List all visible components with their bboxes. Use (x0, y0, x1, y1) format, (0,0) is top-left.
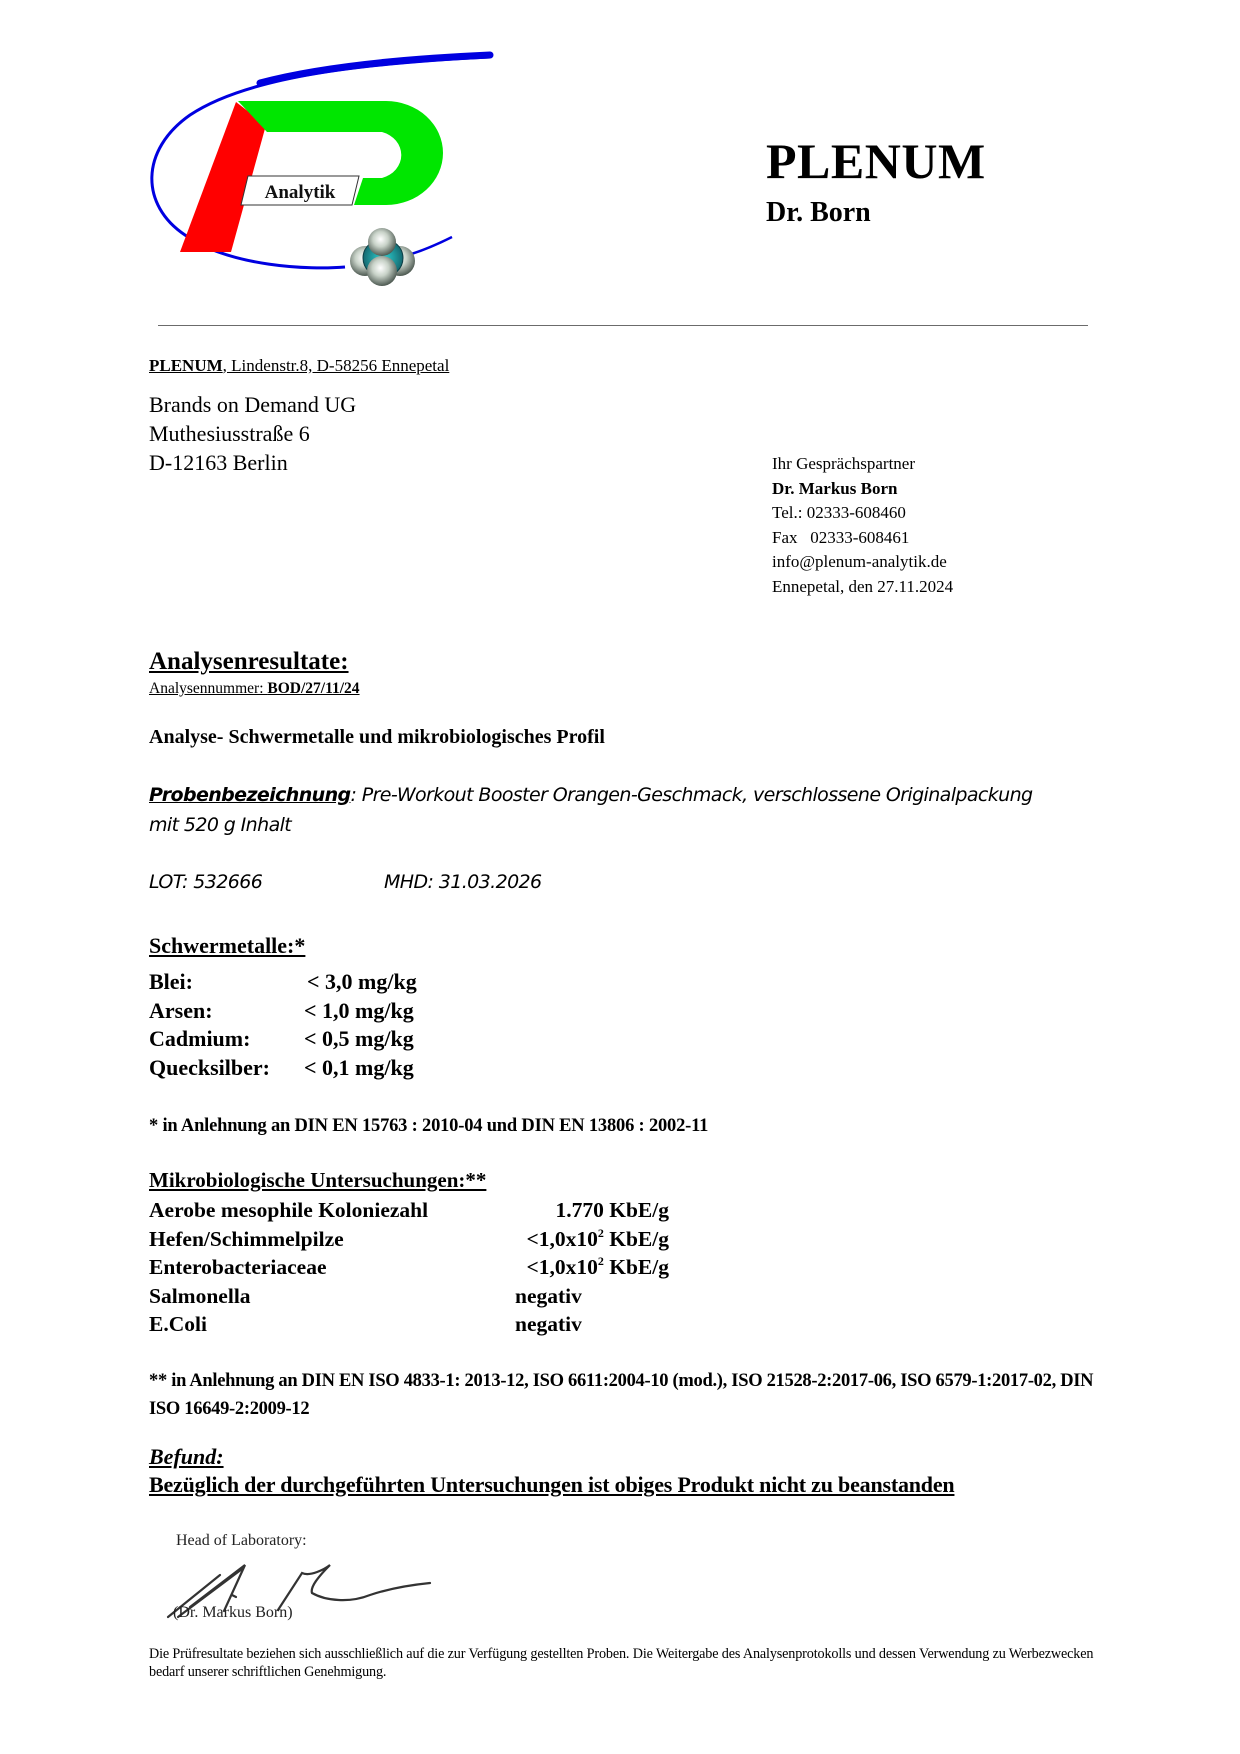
brand-title: PLENUM (766, 136, 986, 186)
table-row: Aerobe mesophile Koloniezahl1.770 KbE/g (149, 1196, 669, 1225)
disclaimer: Die Prüfresultate beziehen sich ausschli… (149, 1645, 1099, 1681)
contact-block: Ihr Gesprächspartner Dr. Markus Born Tel… (772, 452, 953, 599)
test-value: negativ (515, 1310, 582, 1339)
table-row: E.Colinegativ (149, 1310, 669, 1339)
analysis-number-value: BOD/27/11/24 (267, 680, 359, 697)
best-before-date: MHD: 31.03.2026 (384, 873, 542, 892)
metal-value: < 3,0 mg/kg (307, 968, 417, 997)
table-row: Quecksilber:< 0,1 mg/kg (149, 1054, 469, 1083)
recipient-address: Brands on Demand UG Muthesiusstraße 6 D-… (149, 390, 356, 477)
table-row: Hefen/Schimmelpilze<1,0x102 KbE/g (149, 1225, 669, 1254)
microbiology-heading: Mikrobiologische Untersuchungen:** (149, 1170, 486, 1191)
contact-name: Dr. Markus Born (772, 477, 953, 502)
contact-email: info@plenum-analytik.de (772, 550, 953, 575)
microbiology-table: Aerobe mesophile Koloniezahl1.770 KbE/g … (149, 1196, 669, 1339)
test-name: E.Coli (149, 1310, 207, 1339)
signature-role: Head of Laboratory: (176, 1533, 307, 1549)
table-row: Enterobacteriaceae<1,0x102 KbE/g (149, 1253, 669, 1282)
sample-label: Probenbezeichnung (149, 784, 351, 806)
heavy-metals-footnote: * in Anlehnung an DIN EN 15763 : 2010-04… (149, 1117, 708, 1136)
contact-label: Ihr Gesprächspartner (772, 452, 953, 477)
table-row: Blei:< 3,0 mg/kg (149, 968, 469, 997)
heavy-metals-table: Blei:< 3,0 mg/kg Arsen:< 1,0 mg/kg Cadmi… (149, 968, 469, 1082)
analysis-title: Analyse- Schwermetalle und mikrobiologis… (149, 727, 605, 747)
place-date: Ennepetal, den 27.11.2024 (772, 575, 953, 600)
table-row: Salmonellanegativ (149, 1282, 669, 1311)
metal-name: Arsen: (149, 997, 213, 1026)
test-value: <1,0x102 KbE/g (526, 1253, 669, 1282)
table-row: Arsen:< 1,0 mg/kg (149, 997, 469, 1026)
test-name: Hefen/Schimmelpilze (149, 1225, 344, 1254)
test-value: 1.770 KbE/g (556, 1196, 670, 1225)
sender-address: , Lindenstr.8, D-58256 Ennepetal (223, 356, 450, 375)
recipient-city: D-12163 Berlin (149, 448, 356, 477)
recipient-street: Muthesiusstraße 6 (149, 419, 356, 448)
metal-name: Blei: (149, 968, 193, 997)
metal-value: < 1,0 mg/kg (304, 997, 414, 1026)
metal-name: Quecksilber: (149, 1054, 270, 1083)
test-name: Aerobe mesophile Koloniezahl (149, 1196, 428, 1225)
signature-name: (Dr. Markus Born) (173, 1605, 293, 1621)
test-name: Enterobacteriaceae (149, 1253, 327, 1282)
analysis-number-label: Analysennummer: (149, 680, 267, 697)
logo-text: Analytik (265, 182, 336, 203)
finding-heading: Befund: (149, 1446, 224, 1468)
contact-tel: Tel.: 02333-608460 (772, 501, 953, 526)
contact-fax: Fax 02333-608461 (772, 526, 953, 551)
sender-company: PLENUM (149, 356, 223, 375)
heavy-metals-heading: Schwermetalle:* (149, 935, 305, 957)
plenum-analytik-logo: Analytik (140, 45, 500, 315)
results-heading: Analysenresultate: (149, 649, 349, 674)
finding-text: Bezüglich der durchgeführten Untersuchun… (149, 1474, 954, 1496)
lot-line: LOT: 532666 MHD: 31.03.2026 (149, 873, 262, 892)
lot-number: LOT: 532666 (149, 871, 262, 893)
metal-value: < 0,1 mg/kg (304, 1054, 414, 1083)
brand-subtitle: Dr. Born (766, 199, 871, 227)
microbiology-footnote: ** in Anlehnung an DIN EN ISO 4833-1: 20… (149, 1367, 1099, 1423)
header-divider (158, 325, 1088, 326)
table-row: Cadmium:< 0,5 mg/kg (149, 1025, 469, 1054)
metal-name: Cadmium: (149, 1025, 250, 1054)
recipient-company: Brands on Demand UG (149, 390, 356, 419)
sender-address-line: PLENUM, Lindenstr.8, D-58256 Ennepetal (149, 356, 449, 376)
test-name: Salmonella (149, 1282, 251, 1311)
test-value: negativ (515, 1282, 582, 1311)
test-value: <1,0x102 KbE/g (526, 1225, 669, 1254)
analysis-number: Analysennummer: BOD/27/11/24 (149, 680, 360, 697)
metal-value: < 0,5 mg/kg (304, 1025, 414, 1054)
sample-description: Probenbezeichnung: Pre-Workout Booster O… (149, 780, 1049, 840)
